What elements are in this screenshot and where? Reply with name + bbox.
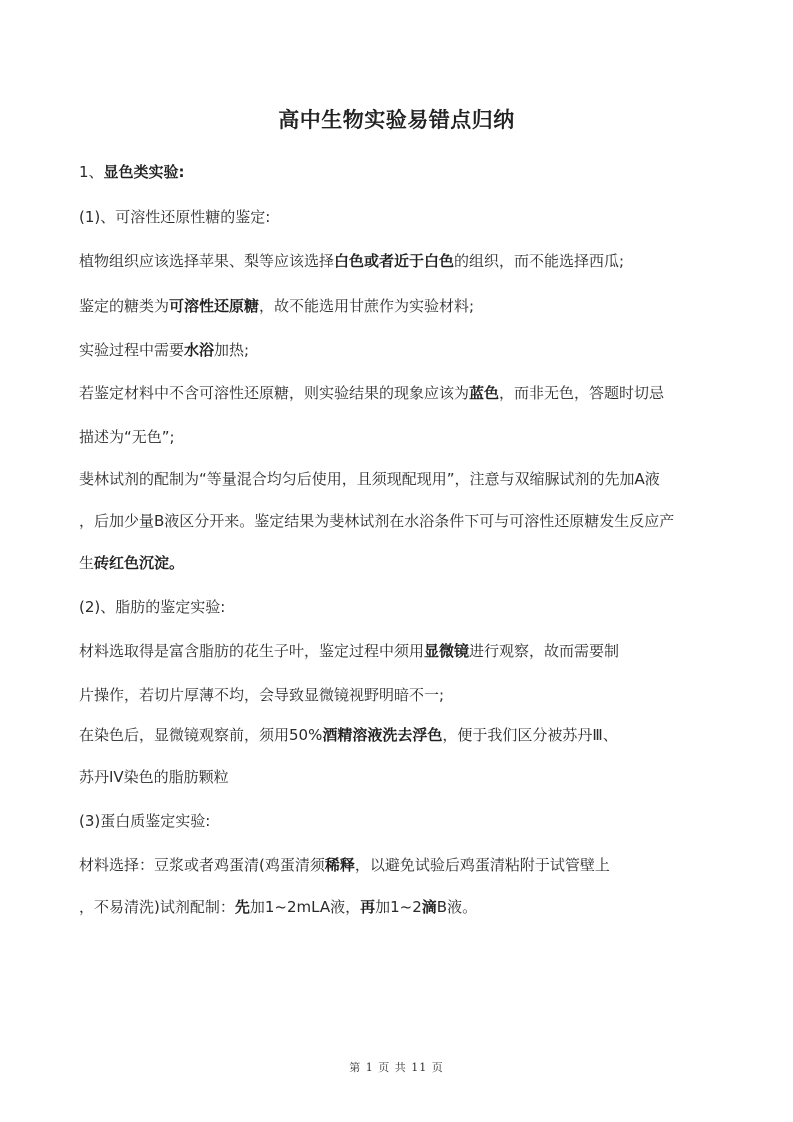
text-line: 若鉴定材料中不含可溶性还原糖，则实验结果的现象应该为蓝色，而非无色，答题时切忌 xyxy=(79,383,664,403)
emphasis-text: 再 xyxy=(360,898,375,916)
text-line: 实验过程中需要水浴加热; xyxy=(79,340,249,360)
text-segment: 片操作，若切片厚薄不均，会导致显微镜视野明暗不一; xyxy=(79,686,444,704)
text-line: 鉴定的糖类为可溶性还原糖，故不能选用甘蔗作为实验材料; xyxy=(79,296,474,316)
emphasis-text: 砖红色沉淀。 xyxy=(94,554,184,572)
text-segment: ，故不能选用甘蔗作为实验材料; xyxy=(259,297,474,315)
text-segment: 鉴定的糖类为 xyxy=(79,297,169,315)
emphasis-text: 先 xyxy=(235,898,250,916)
text-segment: (3)蛋白质鉴定实验: xyxy=(79,812,210,830)
text-segment: 在染色后，显微镜观察前，须用50% xyxy=(79,726,322,744)
text-line: 在染色后，显微镜观察前，须用50%酒精溶液洗去浮色，便于我们区分被苏丹Ⅲ、 xyxy=(79,725,618,745)
text-segment: ，以避免试验后鸡蛋清粘附于试管壁上 xyxy=(355,856,610,874)
text-segment: 加1~2mLA液， xyxy=(250,898,360,916)
emphasis-text: 水浴 xyxy=(184,341,214,359)
text-segment: 材料选择：豆浆或者鸡蛋清(鸡蛋清须 xyxy=(79,856,325,874)
emphasis-text: 显色类实验: xyxy=(104,163,185,181)
text-segment: 实验过程中需要 xyxy=(79,341,184,359)
text-line: 片操作，若切片厚薄不均，会导致显微镜视野明暗不一; xyxy=(79,685,444,705)
text-line: 生砖红色沉淀。 xyxy=(79,553,184,573)
text-segment: 进行观察，故而需要制 xyxy=(469,642,619,660)
text-segment: ，而非无色，答题时切忌 xyxy=(499,384,664,402)
text-segment: 的组织，而不能选择西瓜; xyxy=(454,252,624,270)
text-segment: 1、 xyxy=(79,163,104,181)
text-segment: (1)、可溶性还原性糖的鉴定: xyxy=(79,208,270,226)
emphasis-text: 蓝色 xyxy=(469,384,499,402)
text-segment: ，便于我们区分被苏丹Ⅲ、 xyxy=(442,726,617,744)
text-segment: ，不易清洗)试剂配制： xyxy=(79,898,235,916)
emphasis-text: 白色或者近于白色 xyxy=(334,252,454,270)
text-segment: 描述为“无色”; xyxy=(79,428,175,446)
text-segment: 材料选取得是富含脂肪的花生子叶，鉴定过程中须用 xyxy=(79,642,424,660)
document-title: 高中生物实验易错点归纳 xyxy=(0,104,793,134)
text-segment: (2)、脂肪的鉴定实验: xyxy=(79,598,225,616)
text-line: (3)蛋白质鉴定实验: xyxy=(79,811,210,831)
text-line: ，不易清洗)试剂配制：先加1~2mLA液，再加1~2滴B液。 xyxy=(79,897,477,917)
text-segment: 植物组织应该选择苹果、梨等应该选择 xyxy=(79,252,334,270)
text-line: 斐林试剂的配制为“等量混合均匀后使用，且须现配现用”，注意与双缩脲试剂的先加A液 xyxy=(79,469,660,489)
text-line: 材料选择：豆浆或者鸡蛋清(鸡蛋清须稀释，以避免试验后鸡蛋清粘附于试管壁上 xyxy=(79,855,610,875)
emphasis-text: 可溶性还原糖 xyxy=(169,297,259,315)
text-segment: 若鉴定材料中不含可溶性还原糖，则实验结果的现象应该为 xyxy=(79,384,469,402)
emphasis-text: 稀释 xyxy=(325,856,355,874)
emphasis-text: 酒精溶液洗去浮色 xyxy=(322,726,442,744)
text-line: (2)、脂肪的鉴定实验: xyxy=(79,597,225,617)
emphasis-text: 显微镜 xyxy=(424,642,469,660)
text-segment: 加热; xyxy=(214,341,249,359)
document-page: 高中生物实验易错点归纳 1、显色类实验:(1)、可溶性还原性糖的鉴定:植物组织应… xyxy=(0,0,793,1122)
text-line: 苏丹IV染色的脂肪颗粒 xyxy=(79,767,229,787)
text-line: (1)、可溶性还原性糖的鉴定: xyxy=(79,207,270,227)
text-line: 1、显色类实验: xyxy=(79,162,185,182)
text-segment: 苏丹IV染色的脂肪颗粒 xyxy=(79,768,229,786)
text-segment: ，后加少量B液区分开来。鉴定结果为斐林试剂在水浴条件下可与可溶性还原糖发生反应产 xyxy=(79,512,674,530)
emphasis-text: 滴 xyxy=(422,898,437,916)
text-line: 植物组织应该选择苹果、梨等应该选择白色或者近于白色的组织，而不能选择西瓜; xyxy=(79,251,624,271)
text-line: 材料选取得是富含脂肪的花生子叶，鉴定过程中须用显微镜进行观察，故而需要制 xyxy=(79,641,619,661)
text-segment: 斐林试剂的配制为“等量混合均匀后使用，且须现配现用”，注意与双缩脲试剂的先加A液 xyxy=(79,470,660,488)
text-segment: 生 xyxy=(79,554,94,572)
page-footer: 第 1 页 共 11 页 xyxy=(0,1059,793,1075)
text-segment: B液。 xyxy=(437,898,477,916)
text-line: 描述为“无色”; xyxy=(79,427,175,447)
text-line: ，后加少量B液区分开来。鉴定结果为斐林试剂在水浴条件下可与可溶性还原糖发生反应产 xyxy=(79,511,674,531)
text-segment: 加1~2 xyxy=(375,898,422,916)
